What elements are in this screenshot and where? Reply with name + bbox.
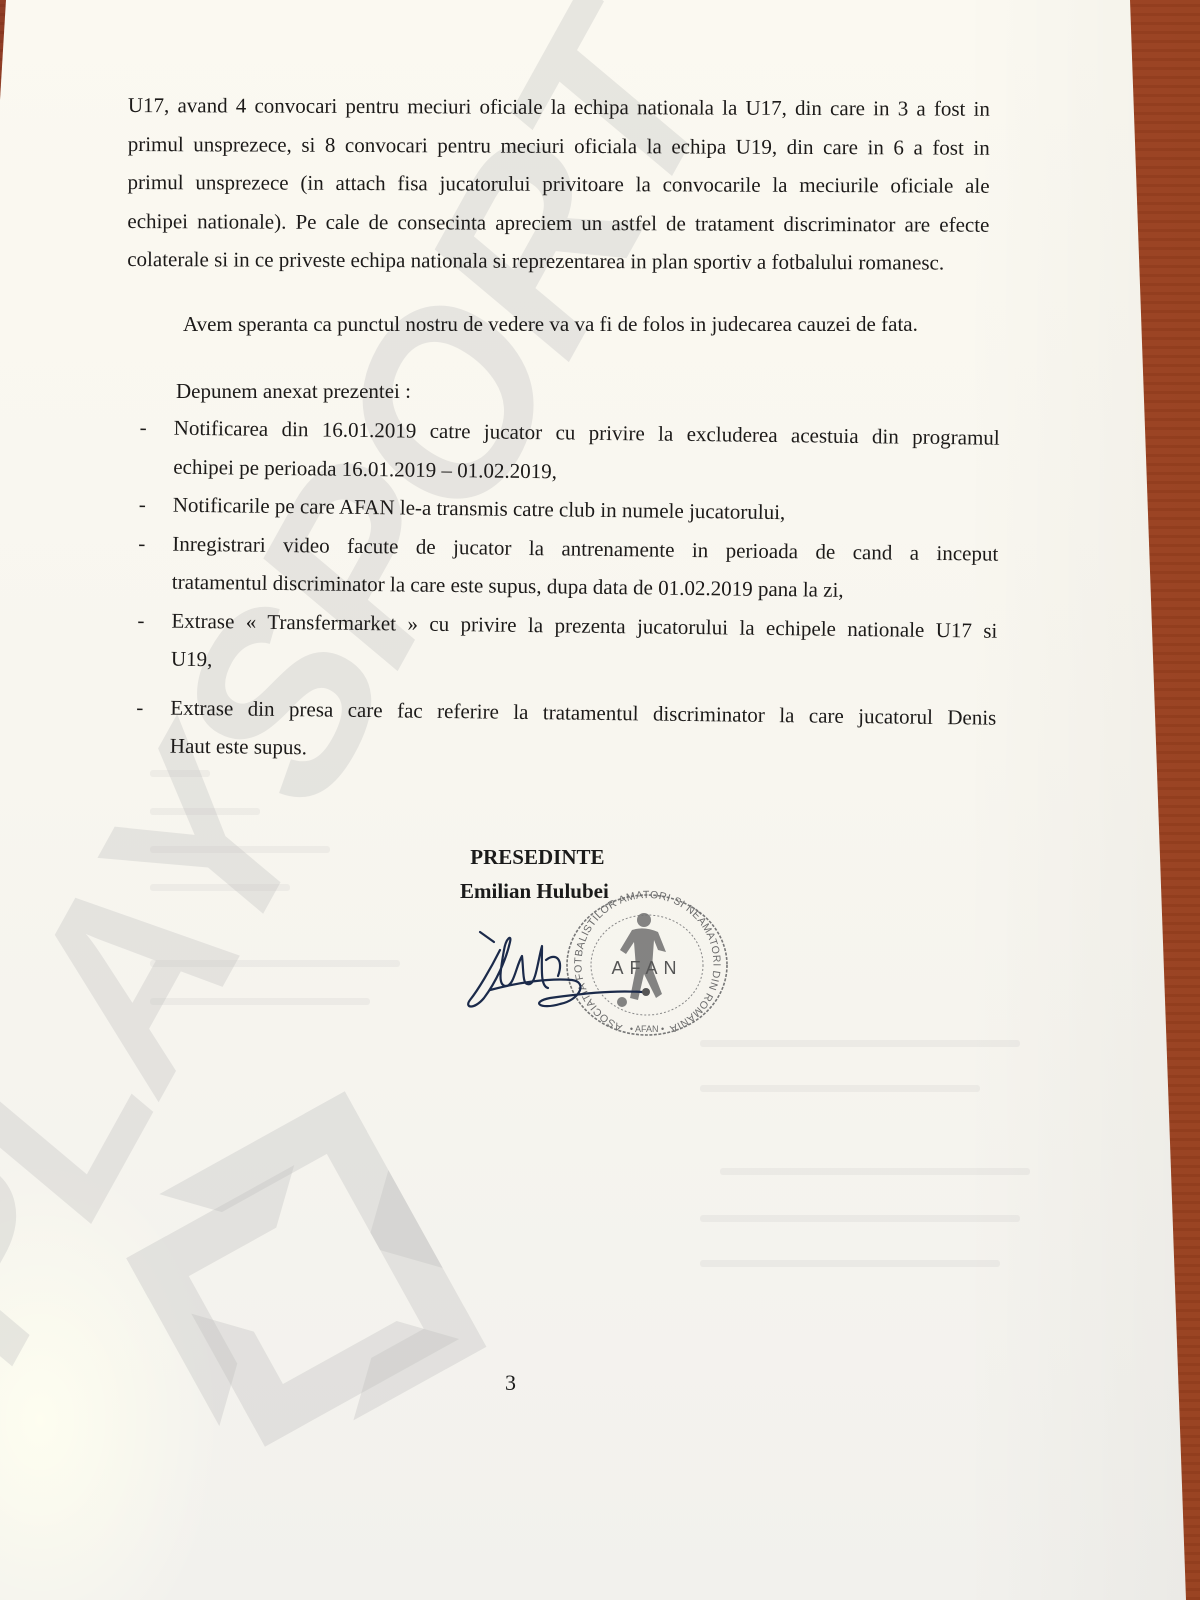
paragraph-line: echipei nationale). Pe cale de consecint… bbox=[127, 201, 989, 243]
annex-item: - Extrase din presa care fac referire la… bbox=[116, 687, 997, 775]
annex-item: - Inregistrari video facute de jucator l… bbox=[118, 523, 999, 611]
paragraph-line: U17, avand 4 convocari pentru meciuri of… bbox=[128, 86, 990, 128]
handwritten-signature-icon bbox=[460, 920, 660, 1030]
annex-intro: Depunem anexat prezentei : bbox=[176, 372, 411, 411]
paragraph-line: colaterale si in ce priveste echipa nati… bbox=[127, 240, 989, 282]
list-dash: - bbox=[139, 485, 146, 524]
list-dash: - bbox=[140, 408, 147, 447]
signature-block: PRESEDINTE Emilian Hulubei bbox=[460, 840, 609, 908]
paragraph-line: primul unsprezece, si 8 convocari pentru… bbox=[128, 124, 990, 166]
page-number: 3 bbox=[505, 1370, 516, 1396]
signer-name: Emilian Hulubei bbox=[460, 874, 609, 908]
signer-role: PRESEDINTE bbox=[466, 840, 609, 874]
list-dash: - bbox=[137, 601, 144, 640]
list-dash: - bbox=[138, 524, 145, 563]
list-dash: - bbox=[136, 688, 143, 727]
annex-list: - Notificarea din 16.01.2019 catre jucat… bbox=[116, 408, 1000, 775]
body-paragraph: U17, avand 4 convocari pentru meciuri of… bbox=[127, 86, 990, 282]
paragraph-line: primul unsprezece (in attach fisa jucato… bbox=[127, 163, 989, 205]
closing-sentence: Avem speranta ca punctul nostru de veder… bbox=[183, 305, 1003, 344]
annex-item: - Notificarea din 16.01.2019 catre jucat… bbox=[119, 408, 1000, 496]
annex-item: - Extrase « Transfermarket » cu privire … bbox=[117, 600, 998, 688]
